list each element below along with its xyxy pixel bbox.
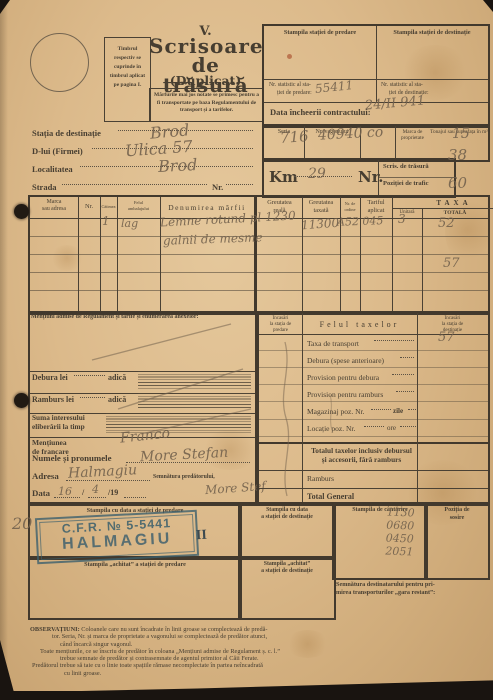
data-contract-label: Data încheerii contractului: [270,107,371,117]
dotted-line [392,374,414,375]
statia-destinatie-label: Stația de destinație [32,128,101,138]
small-print-text: Mărfurile mai jos notate se primesc pent… [150,89,263,115]
timbru-note-box: Timbrul respectiv se cuprinde în timbrul… [104,37,151,122]
dotted-line [74,375,105,376]
locatie-ore-label: ore [387,424,396,432]
col-felul-header: Felul ambalajului [117,200,160,212]
nr-statistic-destinatie-line1: Nr. statistic al sta- [381,82,429,90]
suma-line1: Suma interesului [32,413,85,422]
handwriting-taxa-unitara: 3 [398,212,406,226]
totalul-taxelor-label: Totalul taxelor inclusiv debursul și acc… [305,446,418,464]
achitat-predare-box: Stampila „achitat” a stației de predare [28,556,242,620]
dotted-line [88,497,106,498]
strada-nr-label: Nr. [212,182,223,192]
achitat-destinatie-box: Stampila „achitat” a stației de destinaț… [238,556,336,620]
handwriting-data-luna: 4 [92,483,99,496]
ramburs-label: Ramburs lei [32,395,74,404]
hole-punch-bottom [14,393,29,408]
magazinaj-label: Magazinaj poz. Nr. [307,407,364,416]
col-nr-header: Nr. [78,203,100,210]
localitatea-label: Localitatea [32,164,73,174]
stamp-destinatie-header: Stampila stației de destinație [378,29,486,36]
divider [392,208,493,209]
incasari-predare-l3: predare [259,328,302,334]
locatie-label: Locație poz. Nr. [307,424,355,433]
dotted-line [371,409,391,410]
taxa-transport-label: Taxa de transport [307,339,359,348]
timbru-note-text: Timbrul respectiv se cuprinde în timbrul… [105,38,150,90]
marca-proprietate-label: Marca de proprietate [395,129,430,141]
sd-dest-l1: Stampila cu data [240,507,334,514]
cantarire-val-2: 0680 [386,519,414,533]
handwriting-taxa-transport: 57 [438,330,455,345]
obs-title: OBSERVAȚIUNI: [30,626,80,633]
dotted-line [226,184,253,185]
obs-l2: tor. Seria, Nr. și marca de proprietate … [52,633,475,640]
sd-dest-l2: a stației de destinație [240,514,334,521]
dotted-line [400,357,414,358]
handwriting-data-zi: 16 [58,485,72,498]
achitat-destinatie-header: Stampila „achitat” a stației de destinaț… [240,558,334,575]
handwriting-localitatea: Brod [158,155,198,176]
pozitia-sosire-header: Poziția de sosire [426,504,488,522]
data-sep1: / [82,488,84,497]
handwriting-scris-nr: 38 [448,146,467,164]
col-totala-header: TOTALĂ [422,210,488,216]
ramburs-adica-label: adică [108,395,126,404]
pozitie-trafic-label: Poziției de trafic [383,180,451,187]
dotted-line [80,397,105,398]
observatiuni-block: OBSERVAȚIUNI: Coloanele care nu sunt înc… [30,626,475,677]
magazinaj-zile-label: zile [393,407,403,415]
stamp-predare-header: Stampila stației de predare [266,29,374,36]
totalul-l1: Totalul taxelor inclusiv debursul [305,446,418,455]
data-sep2: /19 [108,488,118,497]
obs-line-1: OBSERVAȚIUNI: Coloanele care nu sunt înc… [30,626,475,633]
col-ord-line2: ordine [340,207,360,213]
ach-dest-l1: Stampila „achitat” [240,561,334,568]
handwriting-tonaj: 15 [452,126,470,142]
stamp-circle [30,33,89,92]
col-nr-ordine-header: Nr. de ordine [340,201,360,213]
obs-l1: Coloanele care nu sunt încadrate în lini… [81,626,267,633]
obs-l3: când încarcă singur vagonul. [60,641,475,648]
ach-dest-l2: a stației de destinație [240,568,334,575]
hatched-block [138,393,251,409]
col-gtax-line2: taxată [302,207,340,215]
data-label: Data [32,488,50,498]
totalul-l2: și accesorii, fără ramburs [305,455,418,464]
mentiuni-label: Mențiuni admise de Regulament și tarife … [31,314,251,320]
pozitia-l2: sosire [426,515,488,523]
pozitia-l1: Poziția de [426,507,488,515]
divider [376,26,377,102]
debura-label: Debura lei [32,373,68,382]
suma-interesului-label: Suma interesului eliberării la timp [32,413,85,431]
numele-label: Numele și pronumele [32,453,112,463]
small-print-box: Mărfurile mai jos notate se primesc pent… [149,88,264,122]
stamp-inner-border [39,514,195,560]
dotted-line [124,497,146,498]
semn-dest-l1: Semnătura destinatarului pentru pri- [336,581,486,589]
nr-statistic-predare-label: Nr. statistic al sta- ției de predare: [269,82,312,97]
dlui-firmei-label: D-lui (Firmei) [32,146,83,156]
strada-label: Strada [32,182,57,192]
left-edge-shadow [0,0,8,690]
suma-line2: eliberării la timp [32,422,85,431]
col-tarif-line1: Tariful [360,199,392,207]
col-greala-line1: Greutatea [257,199,302,207]
handwriting-cantarire-column: 1130 0680 0450 2051 [385,506,415,559]
total-general-label: Total General [307,492,354,501]
incasari-predare-header: Încasări la stația de predare [259,316,302,334]
stamp-data-destinatie-box: Stampila cu data a stației de destinație [238,502,336,560]
obs-l7: cu linii groase. [64,670,475,677]
col-marca-line2: sau adresa [30,206,78,213]
handwriting-taxa-totala: 52 [438,216,455,231]
handwriting-catimea: 1 [102,214,110,228]
scanned-waybill-document: { "doc":{ "numeral":"V.", "title1":"Scri… [0,0,493,700]
handwriting-taxa-totala-2: 57 [443,256,460,271]
semnatura-destinatar-label: Semnătura destinatarului pentru pri- mir… [336,581,486,597]
handwriting-felul: lag [121,217,138,230]
pozitia-sosire-box: Poziția de sosire [424,502,490,580]
divider [378,177,454,178]
dotted-line [374,340,414,341]
obs-l4: Toate mențiunile, ce se înscriu de predă… [40,648,475,655]
obs-l6: Predătorul trebue să taie cu o linie toa… [32,662,475,669]
dotted-line [62,184,207,185]
col-marca-line1: Marca [30,199,78,206]
dotted-line [400,426,416,427]
adresa-label: Adresa [32,471,59,481]
km-label: Km [269,168,298,186]
obs-l5: trebue semnate de predător și contrasemn… [60,655,475,662]
cfr-halmagiu-stamp: C.F.R. № 5-5441 HALMAGIU [35,510,199,564]
cantarire-val-3: 0450 [386,532,414,546]
col-tariful-header: Tariful aplicat [360,199,392,215]
dotted-line [408,409,416,410]
taxes-table: Încasări la stația de predare Felul taxe… [257,311,490,506]
divider [264,79,488,80]
handwriting-tarif: A52 045 [337,214,384,229]
col-marca-header: Marca sau adresa [30,199,78,213]
semn-dest-l2: mirea transporturilor „gara restant”: [336,589,486,597]
col-gtax-line1: Greutatea [302,199,340,207]
debura-spese-label: Debura (spese anterioare) [307,356,384,365]
nr-statistic-predare-line1: Nr. statistic al sta- [269,82,312,90]
cantarire-val-4: 2051 [385,545,413,559]
km-box: Km Nr. Scris. de trăsură Poziției de tra… [262,158,456,198]
col-greutatea-taxata-header: Greutatea taxată [302,199,340,215]
cantarire-val-1: 1130 [386,506,414,520]
handwriting-km: 29 [308,166,326,182]
handwriting-vagon: 40940 co [318,124,384,143]
col-catimea-header: Cătimea [100,204,117,209]
dotted-line [364,426,384,427]
dotted-line [396,391,414,392]
francare-line1: Mențiunea [32,438,69,447]
semnatura-predatorului-label: Semnătura predătorului, [153,474,215,480]
scris-trasura-label: Scris. de trăsură [383,163,451,170]
form-subtitle: (Duplicat) [149,73,262,88]
hole-punch-top [14,204,29,219]
handwriting-greutate: 11300 [301,216,340,233]
hatched-block [138,371,251,389]
debura-adica-label: adică [108,373,126,382]
col-taxa-header: TAXA [392,199,493,207]
col-unitara-header: Unitară [392,210,422,215]
stamp-data-destinatie-header: Stampila cu data a stației de destinație [240,504,334,521]
col-felul-line2: ambalajului [117,206,160,212]
provision-ramburs-label: Provision pentru ramburs [307,390,383,399]
handwriting-seria: 716 [279,127,309,147]
nr-statistic-predare-line2: ției de predare: [269,90,312,98]
stamp-suffix: II [196,528,208,545]
divider [422,208,423,313]
handwriting-pozitie-nr: 60 [448,174,467,192]
provision-debura-label: Provision pentru debura [307,373,379,382]
ramburs-row-label: Ramburs [307,474,334,483]
felul-taxelor-header: Felul taxelor [302,320,417,329]
handwriting-nr-marginal: 20 [12,514,32,533]
